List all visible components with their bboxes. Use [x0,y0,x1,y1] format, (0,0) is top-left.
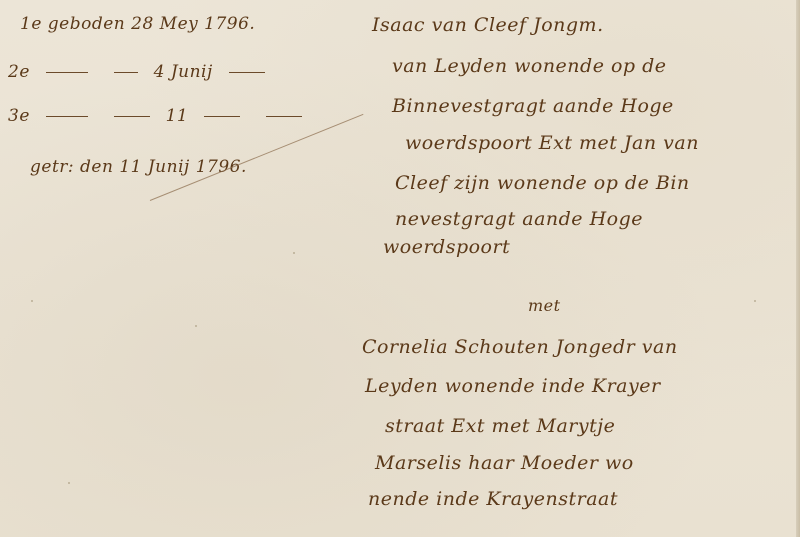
margin-line-third-banns: 3e 11 [8,106,312,126]
second-banns-date: 4 Junij [154,62,213,82]
third-banns-date: 11 [166,106,189,126]
third-banns-label: 3e [8,106,30,126]
groom-line: woerdspoort Ext met Jan van [405,132,699,154]
groom-line: Cleef zijn wonende op de Bin [395,172,690,194]
bride-line: Cornelia Schouten Jongedr van [362,336,678,358]
ditto-dash [114,72,138,74]
groom-line: Isaac van Cleef Jongm. [372,14,604,36]
paper-fleck [31,300,33,302]
groom-line: Binnevestgragt aande Hoge [392,95,674,117]
groom-line: woerdspoort [383,236,510,258]
margin-line-first-banns: 1e geboden 28 Mey 1796. [20,14,255,34]
ditto-dash [204,116,240,118]
bride-line: Leyden wonende inde Krayer [365,375,661,397]
bride-line: nende inde Krayenstraat [368,488,618,510]
first-banns-text: 1e geboden 28 Mey 1796. [20,14,255,34]
connector-met: met [528,296,561,315]
paper-fleck [754,300,756,302]
ditto-dash [114,116,150,118]
page-edge [796,0,800,537]
paper-fleck [68,482,70,484]
ditto-dash [46,72,88,74]
margin-line-second-banns: 2e 4 Junij [8,62,275,82]
bride-line: Marselis haar Moeder wo [375,452,634,474]
ditto-dash [229,72,265,74]
second-banns-label: 2e [8,62,30,82]
paper-fleck [195,325,197,327]
groom-line: nevestgragt aande Hoge [395,208,643,230]
paper-fleck [293,252,295,254]
register-page: 1e geboden 28 Mey 1796. 2e 4 Junij 3e 11… [0,0,800,537]
ditto-dash [46,116,88,118]
ditto-dash [266,116,302,118]
bride-line: straat Ext met Marytje [385,415,615,437]
groom-line: van Leyden wonende op de [392,55,667,77]
